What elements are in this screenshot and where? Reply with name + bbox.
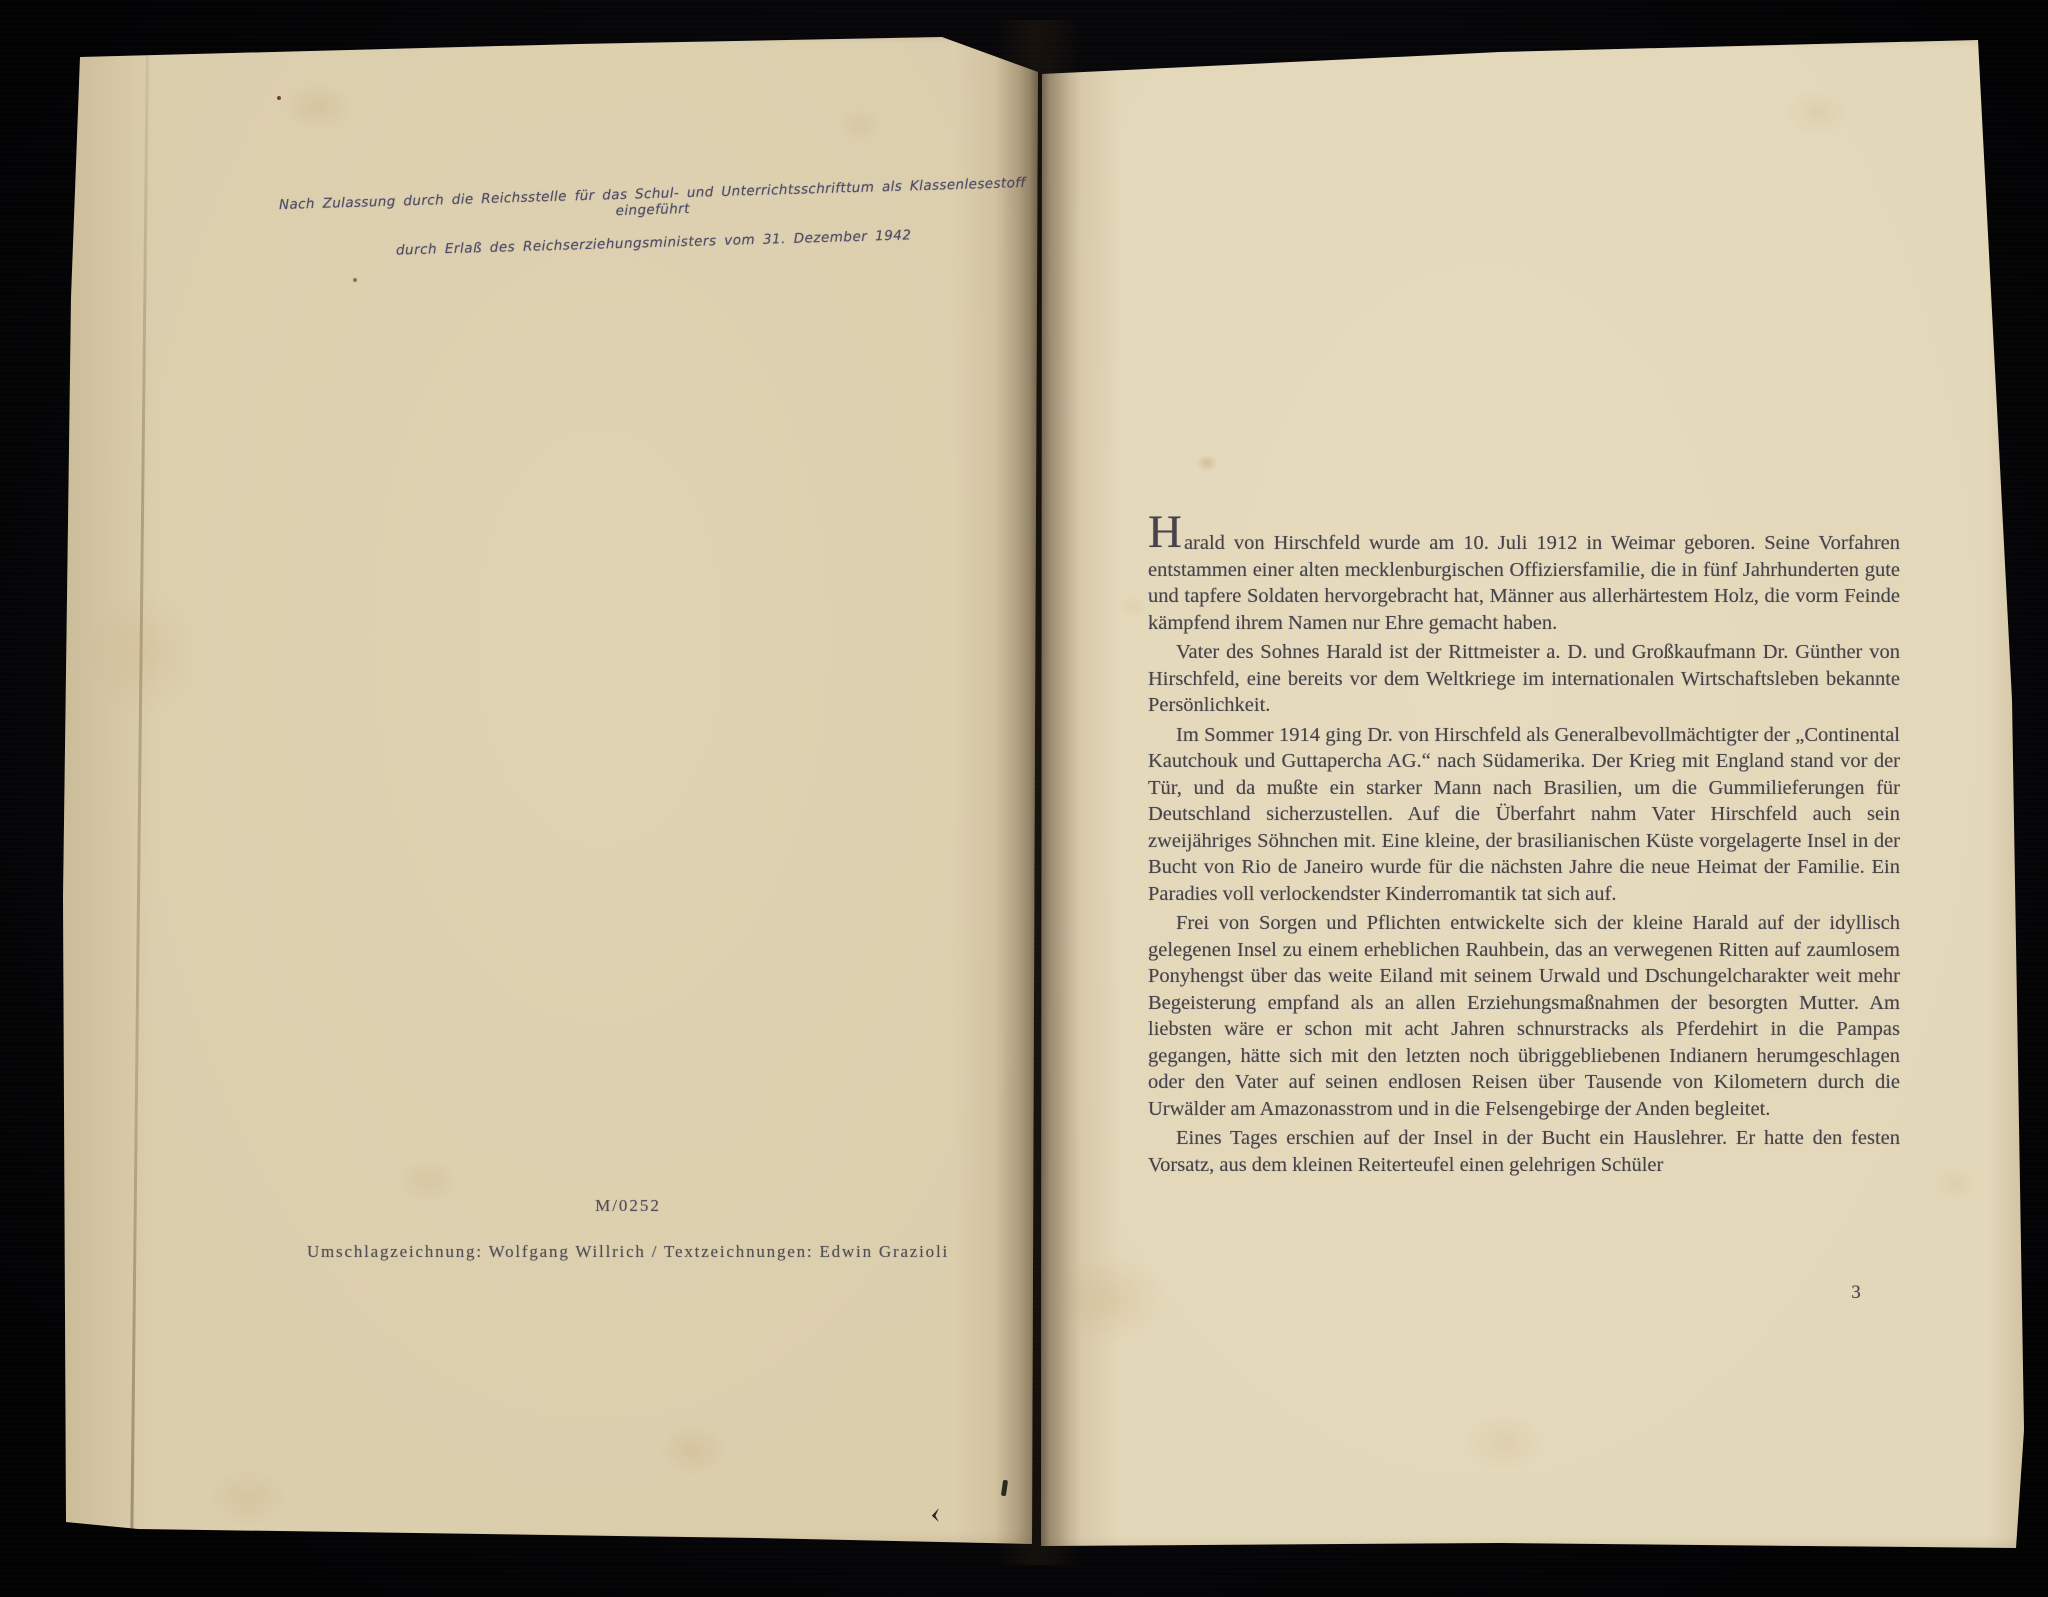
imprint-block: M/0252 Umschlagzeichnung: Wolfgang Willr… — [208, 1196, 1048, 1262]
book-photograph: Nach Zulassung durch die Reichsstelle fü… — [0, 0, 2048, 1597]
left-page: Nach Zulassung durch die Reichsstelle fü… — [58, 28, 1044, 1554]
initial-cap: H — [1148, 506, 1184, 558]
foxing-stain — [1116, 594, 1150, 620]
body-text: Harald von Hirschfeld wurde am 10. Juli … — [1148, 521, 1900, 1178]
ink-speck — [277, 96, 281, 100]
paragraph-3: Im Sommer 1914 ging Dr. von Hirschfeld a… — [1148, 722, 1900, 908]
foxing-stain — [1466, 1414, 1542, 1470]
ink-speck — [353, 278, 357, 282]
approval-stamp-line1: Nach Zulassung durch die Reichsstelle fü… — [257, 174, 1048, 229]
paragraph-1-text: arald von Hirschfeld wurde am 10. Juli 1… — [1148, 532, 1900, 634]
paragraph-5: Eines Tages erschien auf der Insel in de… — [1148, 1125, 1900, 1178]
foxing-stain — [1196, 454, 1218, 472]
page-crease — [130, 38, 149, 1543]
paragraph-4: Frei von Sorgen und Pflichten entwickelt… — [1148, 910, 1900, 1122]
foxing-stain — [1056, 1254, 1166, 1344]
foxing-stain — [1786, 89, 1850, 135]
ink-speck — [1001, 1480, 1008, 1497]
foxing-stain — [1931, 1164, 1979, 1204]
ink-speck — [930, 1508, 939, 1522]
right-page: Harald von Hirschfeld wurde am 10. Juli … — [1036, 34, 2028, 1556]
foxing-stain — [838, 108, 882, 142]
approval-stamp: Nach Zulassung durch die Reichsstelle fü… — [257, 174, 1049, 262]
paragraph-2: Vater des Sohnes Harald ist der Rittmeis… — [1148, 639, 1900, 719]
page-number: 3 — [1826, 1282, 1886, 1304]
approval-stamp-line2: durch Erlaß des Reichserziehungsminister… — [259, 223, 1049, 262]
print-code: M/0252 — [208, 1196, 1048, 1216]
credits-line: Umschlagzeichnung: Wolfgang Willrich / T… — [208, 1242, 1048, 1262]
foxing-stain — [283, 83, 353, 131]
paragraph-1: Harald von Hirschfeld wurde am 10. Juli … — [1148, 521, 1900, 636]
foxing-stain — [208, 1468, 288, 1528]
foxing-stain — [658, 1423, 728, 1477]
